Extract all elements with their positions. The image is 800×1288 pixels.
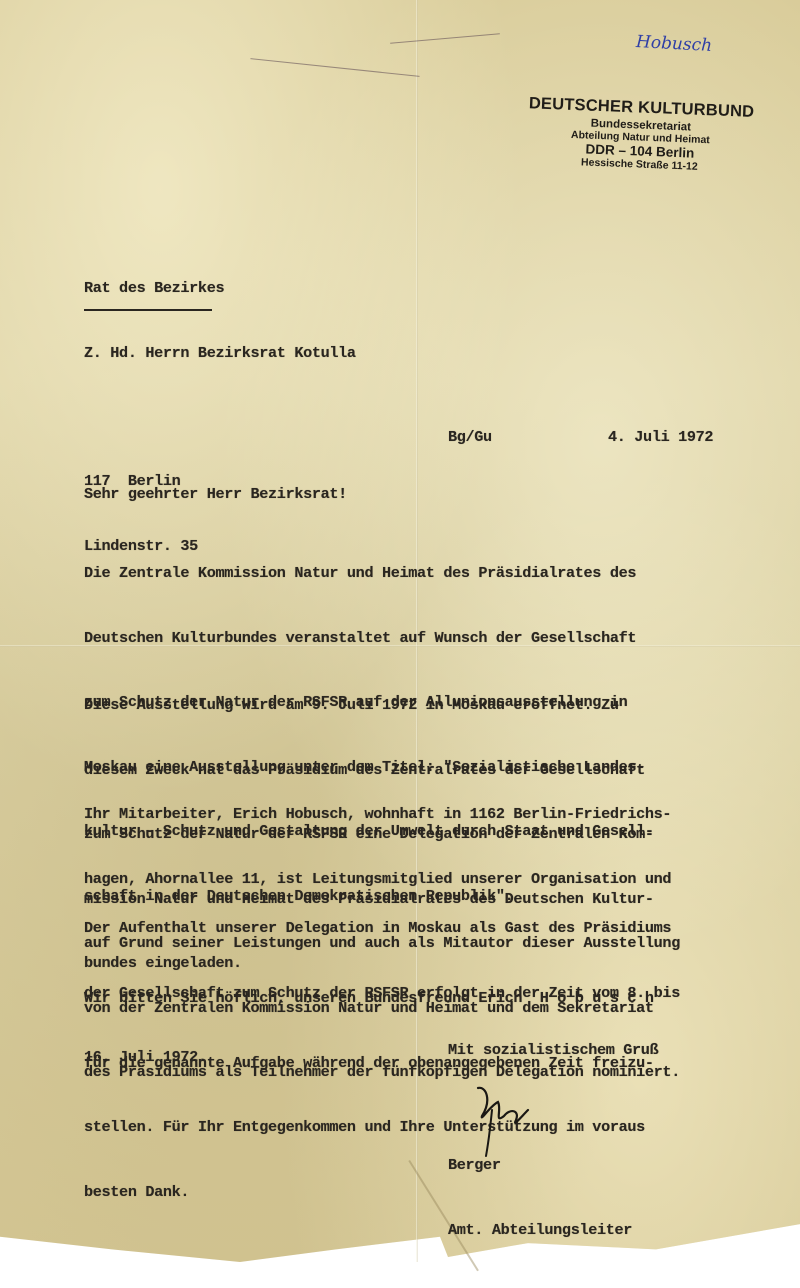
text-line: Die Zentrale Kommission Natur und Heimat… — [84, 563, 654, 585]
salutation: Sehr geehrter Herr Bezirksrat! — [84, 484, 347, 506]
closing: Mit sozialistischem Gruß — [448, 1040, 658, 1062]
recipient-line-1: Rat des Bezirkes — [84, 278, 356, 300]
signatory-block: Berger Amt. Abteilungsleiter — [448, 1112, 632, 1263]
text-line: Deutschen Kulturbundes veranstaltet auf … — [84, 628, 654, 650]
reference-code: Bg/Gu — [448, 427, 492, 449]
text-line: Diese Ausstellung wird am 9. Juli 1972 i… — [84, 695, 654, 717]
address-underline — [84, 309, 212, 311]
recipient-line-2: Z. Hd. Herrn Bezirksrat Kotulla — [84, 343, 356, 365]
letterhead-stamp: DEUTSCHER KULTURBUND Bundessekretariat A… — [519, 94, 762, 175]
text-line: Ihr Mitarbeiter, Erich Hobusch, wohnhaft… — [84, 804, 680, 826]
handwritten-note: Hobusch — [636, 32, 713, 56]
signatory-title: Amt. Abteilungsleiter — [448, 1220, 632, 1242]
signatory-name: Berger — [448, 1155, 632, 1177]
text-line: Der Aufenthalt unserer Delegation in Mos… — [84, 918, 680, 940]
text-line: Wir bitten Sie höflich, unseren Bundesfr… — [84, 988, 654, 1010]
letter-date: 4. Juli 1972 — [608, 427, 713, 449]
